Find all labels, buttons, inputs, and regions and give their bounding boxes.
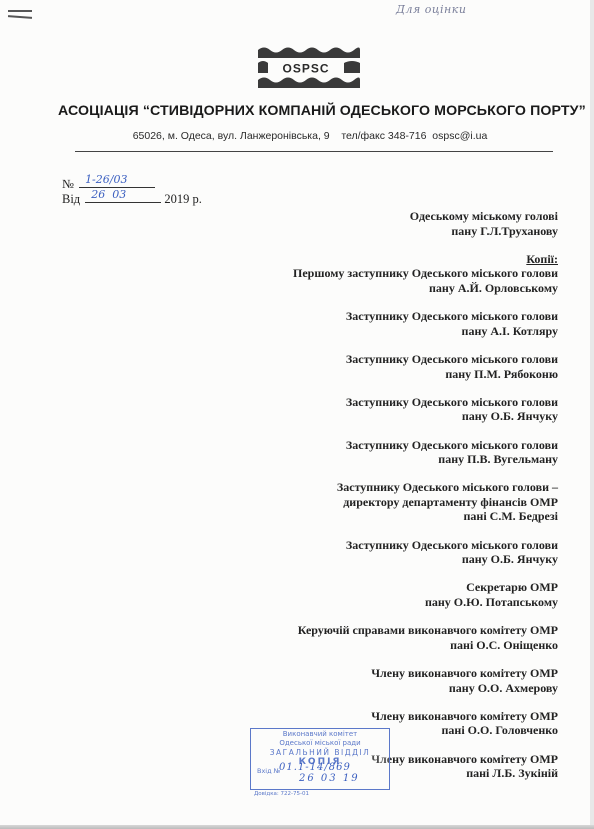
corner-mark bbox=[8, 10, 32, 22]
addressee-title: Заступнику Одеського міського голови bbox=[228, 352, 558, 367]
header-divider bbox=[75, 151, 553, 152]
stamp-date-row: 26 03 19 bbox=[251, 777, 389, 787]
reference-block: № 1-26/03 Від 26 03 2019 р. bbox=[62, 176, 202, 206]
handwritten-note: Для оцінки bbox=[396, 3, 466, 16]
stamp-date-day-month: 26 03 bbox=[299, 773, 338, 784]
stamp-line-1: Виконавчий комітет bbox=[251, 730, 389, 739]
addressee-name: пану П.М. Рябоконю bbox=[228, 367, 558, 382]
primary-addressee: Одеському міському голові пану Г.Л.Труха… bbox=[228, 209, 558, 238]
organization-name: АСОЦІАЦІЯ “СТИВІДОРНИХ КОМПАНІЙ ОДЕСЬКОГ… bbox=[58, 103, 594, 119]
page-edge-bottom bbox=[0, 825, 594, 829]
document-page: Для оцінки OSPSC АСОЦІАЦІЯ “СТИВІДОРНИХ … bbox=[0, 0, 594, 829]
addressee-title: Члену виконавчого комітету ОМР bbox=[228, 709, 558, 724]
copy-addressee: Першому заступнику Одеського міського го… bbox=[228, 266, 558, 295]
addressee-name: пану Г.Л.Труханову bbox=[228, 224, 558, 239]
addressee-title: Заступнику Одеського міського голови bbox=[228, 395, 558, 410]
reference-date-row: Від 26 03 2019 р. bbox=[62, 191, 202, 206]
year-suffix: 2019 р. bbox=[164, 192, 202, 206]
copy-addressee: Заступнику Одеського міського головипану… bbox=[228, 438, 558, 467]
stamp-phone: Довідка: 722-75-01 bbox=[251, 789, 389, 799]
copy-addressee: Секретарю ОМРпану О.Ю. Потапському bbox=[228, 580, 558, 609]
svg-text:OSPSC: OSPSC bbox=[282, 62, 329, 76]
addressee-name: пану О.Б. Янчуку bbox=[228, 409, 558, 424]
stamp-date-value: 26 03 19 bbox=[299, 774, 360, 783]
addressee-name: пану О.Ю. Потапському bbox=[228, 595, 558, 610]
addressee-name: пану О.Б. Янчуку bbox=[228, 552, 558, 567]
addressee-name: пані С.М. Бедрезі bbox=[228, 509, 558, 524]
copy-addressee: Заступнику Одеського міського головипану… bbox=[228, 309, 558, 338]
addressee-title: Заступнику Одеського міського голови bbox=[228, 438, 558, 453]
copies-label: Копії: bbox=[228, 252, 558, 267]
addressee-title: Заступнику Одеського міського голови – bbox=[228, 480, 558, 495]
number-value: 1-26/03 bbox=[85, 172, 127, 187]
stamp-date-year: 19 bbox=[343, 773, 360, 784]
stamp-incoming-value: 01.1-14/869 bbox=[279, 763, 351, 772]
copy-addressee: Заступнику Одеського міського головипану… bbox=[228, 352, 558, 381]
addressee-title: Заступнику Одеського міського голови bbox=[228, 538, 558, 553]
addressee-title: Першому заступнику Одеського міського го… bbox=[228, 266, 558, 281]
stamp-line-2: Одеської міської ради bbox=[251, 739, 389, 748]
addressee-title: Одеському міському голові bbox=[228, 209, 558, 224]
stamp-incoming-label: Вхід № bbox=[257, 767, 280, 775]
addressee-title: Секретарю ОМР bbox=[228, 580, 558, 595]
stamp-line-3: ЗАГАЛЬНИЙ ВІДДІЛ bbox=[251, 748, 389, 757]
date-label: Від bbox=[62, 192, 80, 206]
addressee-name: пану О.О. Ахмерову bbox=[228, 681, 558, 696]
addressee-name: пану П.В. Вугельману bbox=[228, 452, 558, 467]
copy-addressee: Заступнику Одеського міського головипану… bbox=[228, 538, 558, 567]
number-label: № bbox=[62, 177, 74, 191]
date-value: 26 03 bbox=[91, 187, 126, 202]
addressee-name: пані О.С. Оніщенко bbox=[228, 638, 558, 653]
page-edge-right bbox=[590, 0, 594, 829]
registration-stamp: Виконавчий комітет Одеської міської ради… bbox=[250, 728, 390, 790]
addressee-list: Одеському міському голові пану Г.Л.Труха… bbox=[228, 209, 558, 794]
copies-section: Копії: Першому заступнику Одеського місь… bbox=[228, 252, 558, 781]
copy-addressee: Заступнику Одеського міського голови –ди… bbox=[228, 480, 558, 524]
addressee-title: Члену виконавчого комітету ОМР bbox=[228, 666, 558, 681]
copy-addressee: Члену виконавчого комітету ОМРпану О.О. … bbox=[228, 666, 558, 695]
ospsc-logo-icon: OSPSC bbox=[258, 46, 360, 94]
date-field: 26 03 bbox=[85, 191, 161, 203]
copy-addressee: Заступнику Одеського міського головипану… bbox=[228, 395, 558, 424]
reference-number-row: № 1-26/03 bbox=[62, 176, 202, 191]
addressee-title: директору департаменту фінансів ОМР bbox=[228, 495, 558, 510]
addressee-name: пану А.Й. Орловському bbox=[228, 281, 558, 296]
addressee-title: Керуючій справами виконавчого комітету О… bbox=[228, 623, 558, 638]
organization-address: 65026, м. Одеса, вул. Ланжеронівська, 9 … bbox=[0, 130, 594, 142]
addressee-title: Заступнику Одеського міського голови bbox=[228, 309, 558, 324]
copy-addressee: Керуючій справами виконавчого комітету О… bbox=[228, 623, 558, 652]
addressee-name: пану А.І. Котляру bbox=[228, 324, 558, 339]
